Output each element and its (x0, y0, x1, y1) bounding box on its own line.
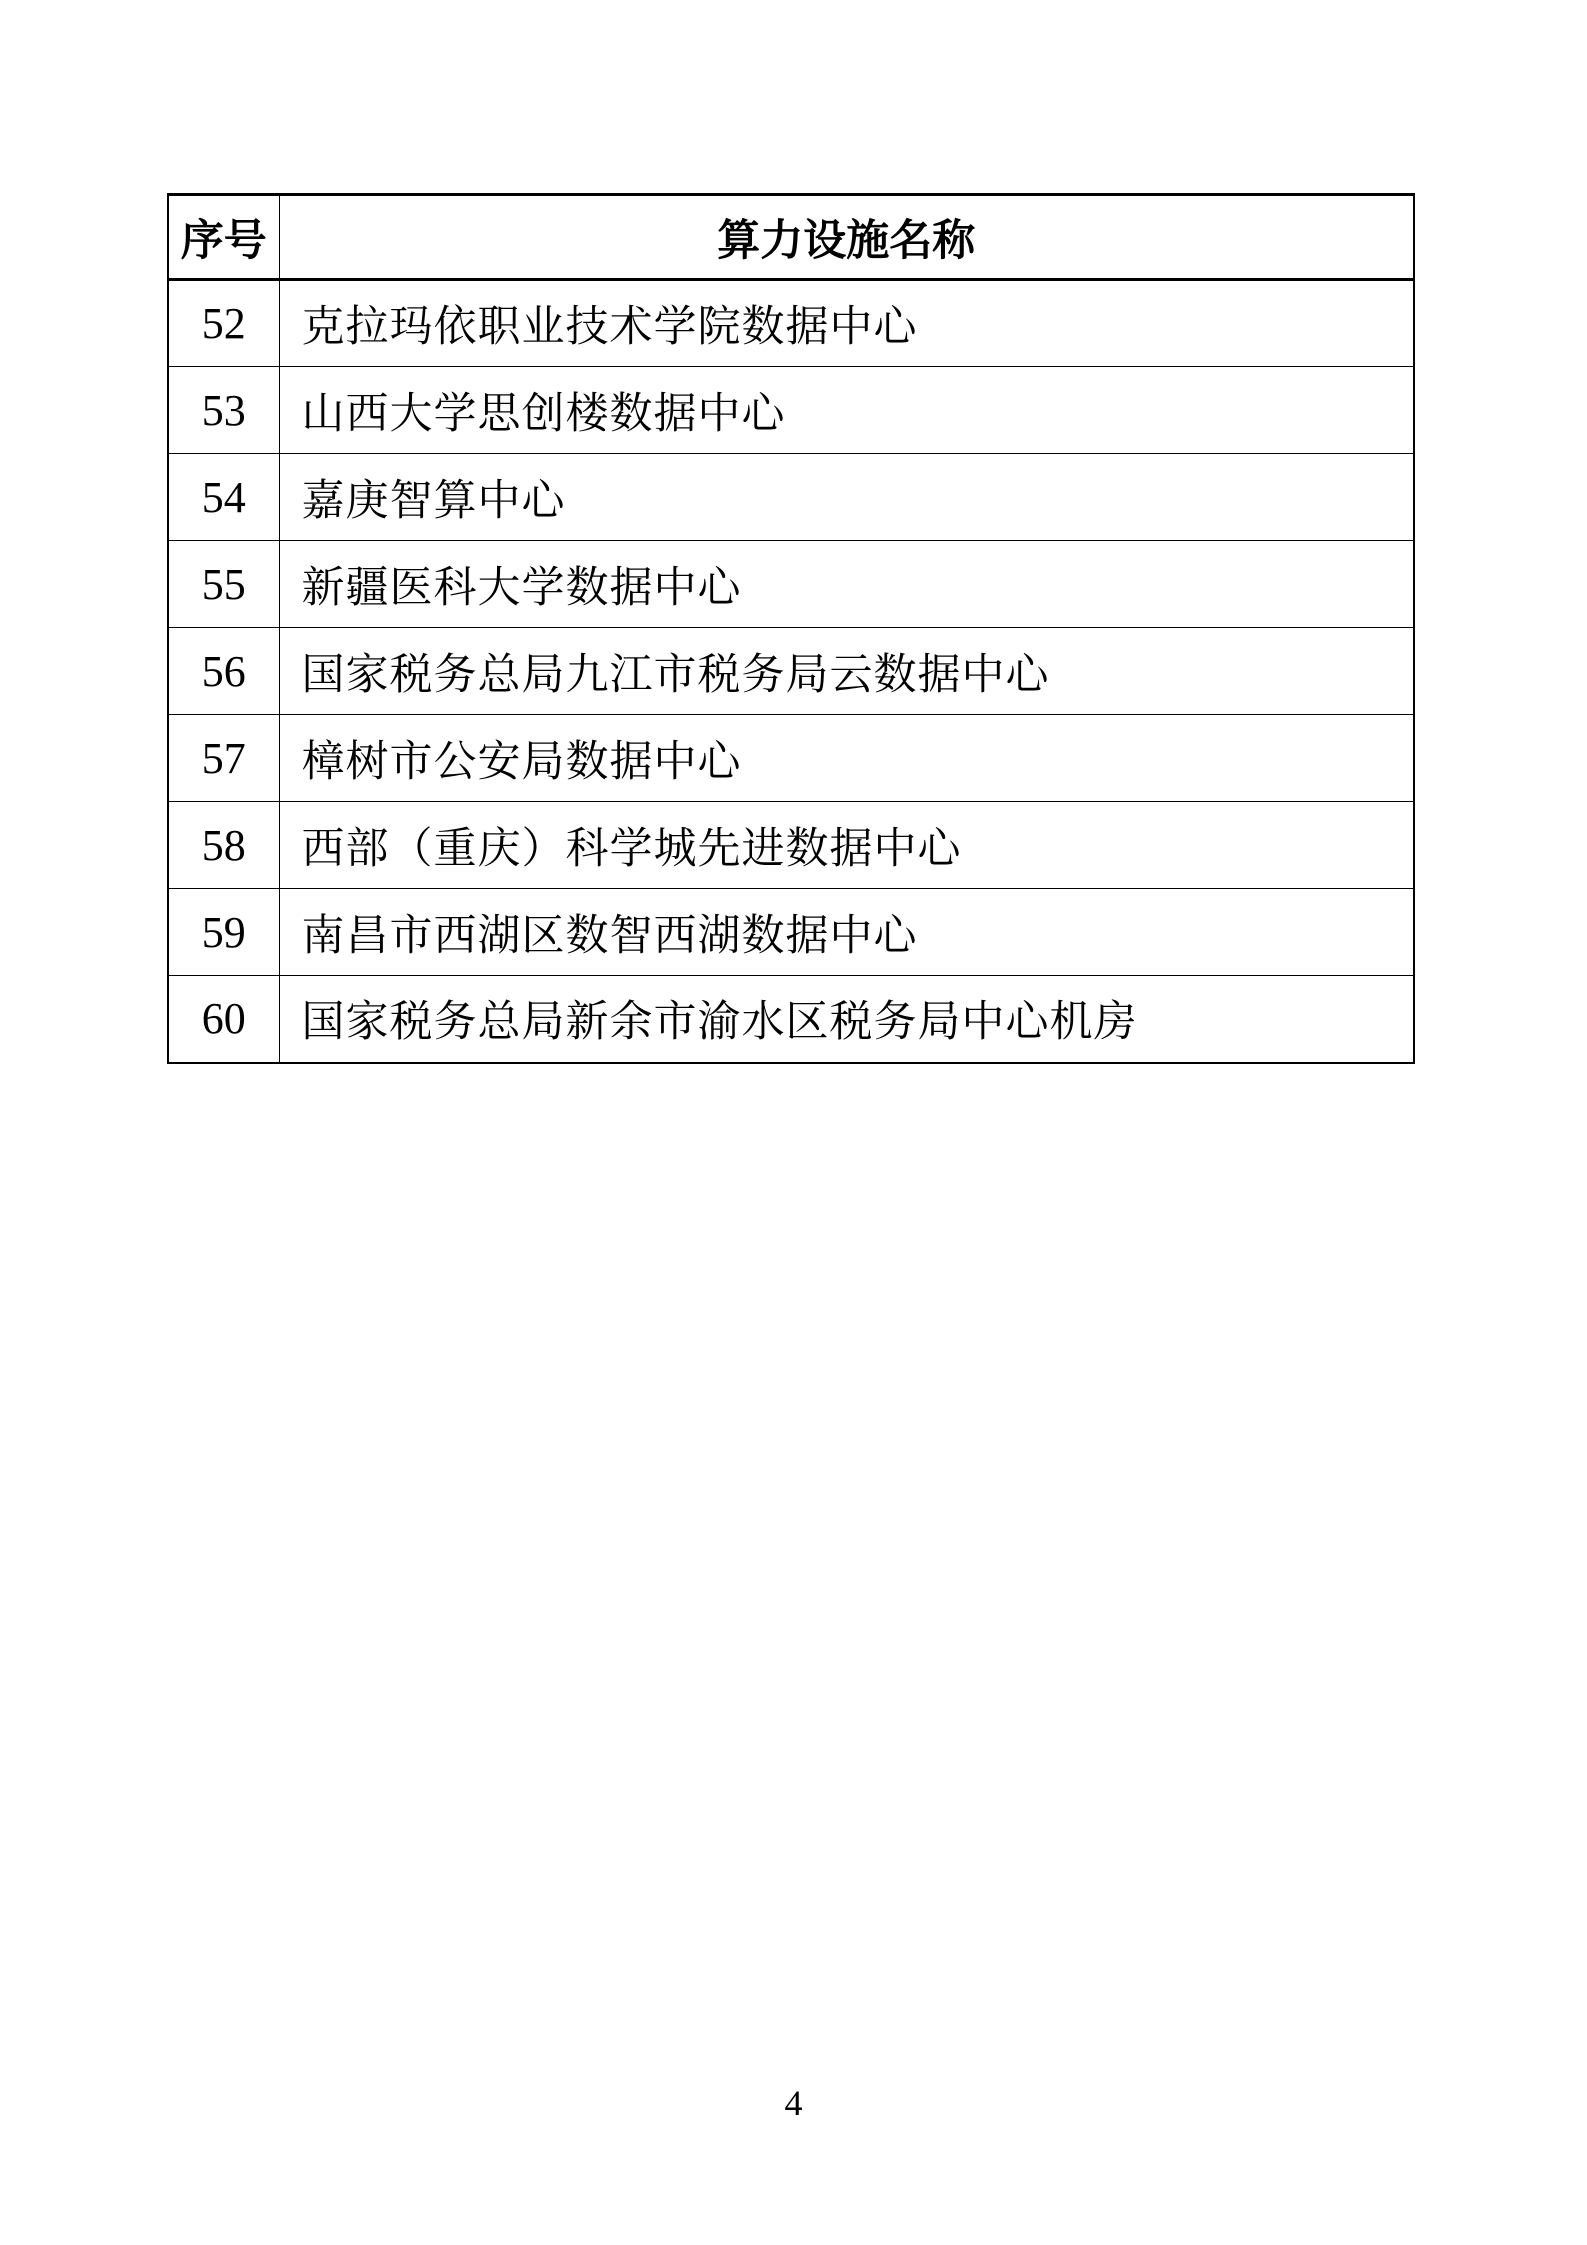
table-row: 53 山西大学思创楼数据中心 (168, 367, 1414, 454)
facility-name: 克拉玛依职业技术学院数据中心 (279, 280, 1414, 367)
table-row: 54 嘉庚智算中心 (168, 454, 1414, 541)
table-row: 60 国家税务总局新余市渝水区税务局中心机房 (168, 976, 1414, 1063)
facility-name: 西部（重庆）科学城先进数据中心 (279, 802, 1414, 889)
document-page: 序号 算力设施名称 52 克拉玛依职业技术学院数据中心 53 山西大学思创楼数据… (0, 0, 1587, 2245)
facility-name: 樟树市公安局数据中心 (279, 715, 1414, 802)
row-index: 54 (168, 454, 279, 541)
row-index: 56 (168, 628, 279, 715)
row-index: 53 (168, 367, 279, 454)
table-row: 59 南昌市西湖区数智西湖数据中心 (168, 889, 1414, 976)
facility-name: 国家税务总局九江市税务局云数据中心 (279, 628, 1414, 715)
table-row: 58 西部（重庆）科学城先进数据中心 (168, 802, 1414, 889)
table-row: 56 国家税务总局九江市税务局云数据中心 (168, 628, 1414, 715)
facility-name: 国家税务总局新余市渝水区税务局中心机房 (279, 976, 1414, 1063)
table-row: 52 克拉玛依职业技术学院数据中心 (168, 280, 1414, 367)
column-header-index: 序号 (168, 195, 279, 280)
row-index: 57 (168, 715, 279, 802)
row-index: 59 (168, 889, 279, 976)
table-header-row: 序号 算力设施名称 (168, 195, 1414, 280)
facility-table: 序号 算力设施名称 52 克拉玛依职业技术学院数据中心 53 山西大学思创楼数据… (167, 193, 1415, 1064)
table-row: 57 樟树市公安局数据中心 (168, 715, 1414, 802)
page-number: 4 (0, 2082, 1587, 2124)
row-index: 55 (168, 541, 279, 628)
column-header-name: 算力设施名称 (279, 195, 1414, 280)
row-index: 58 (168, 802, 279, 889)
row-index: 52 (168, 280, 279, 367)
table-row: 55 新疆医科大学数据中心 (168, 541, 1414, 628)
facility-name: 新疆医科大学数据中心 (279, 541, 1414, 628)
row-index: 60 (168, 976, 279, 1063)
facility-name: 南昌市西湖区数智西湖数据中心 (279, 889, 1414, 976)
facility-name: 山西大学思创楼数据中心 (279, 367, 1414, 454)
facility-name: 嘉庚智算中心 (279, 454, 1414, 541)
